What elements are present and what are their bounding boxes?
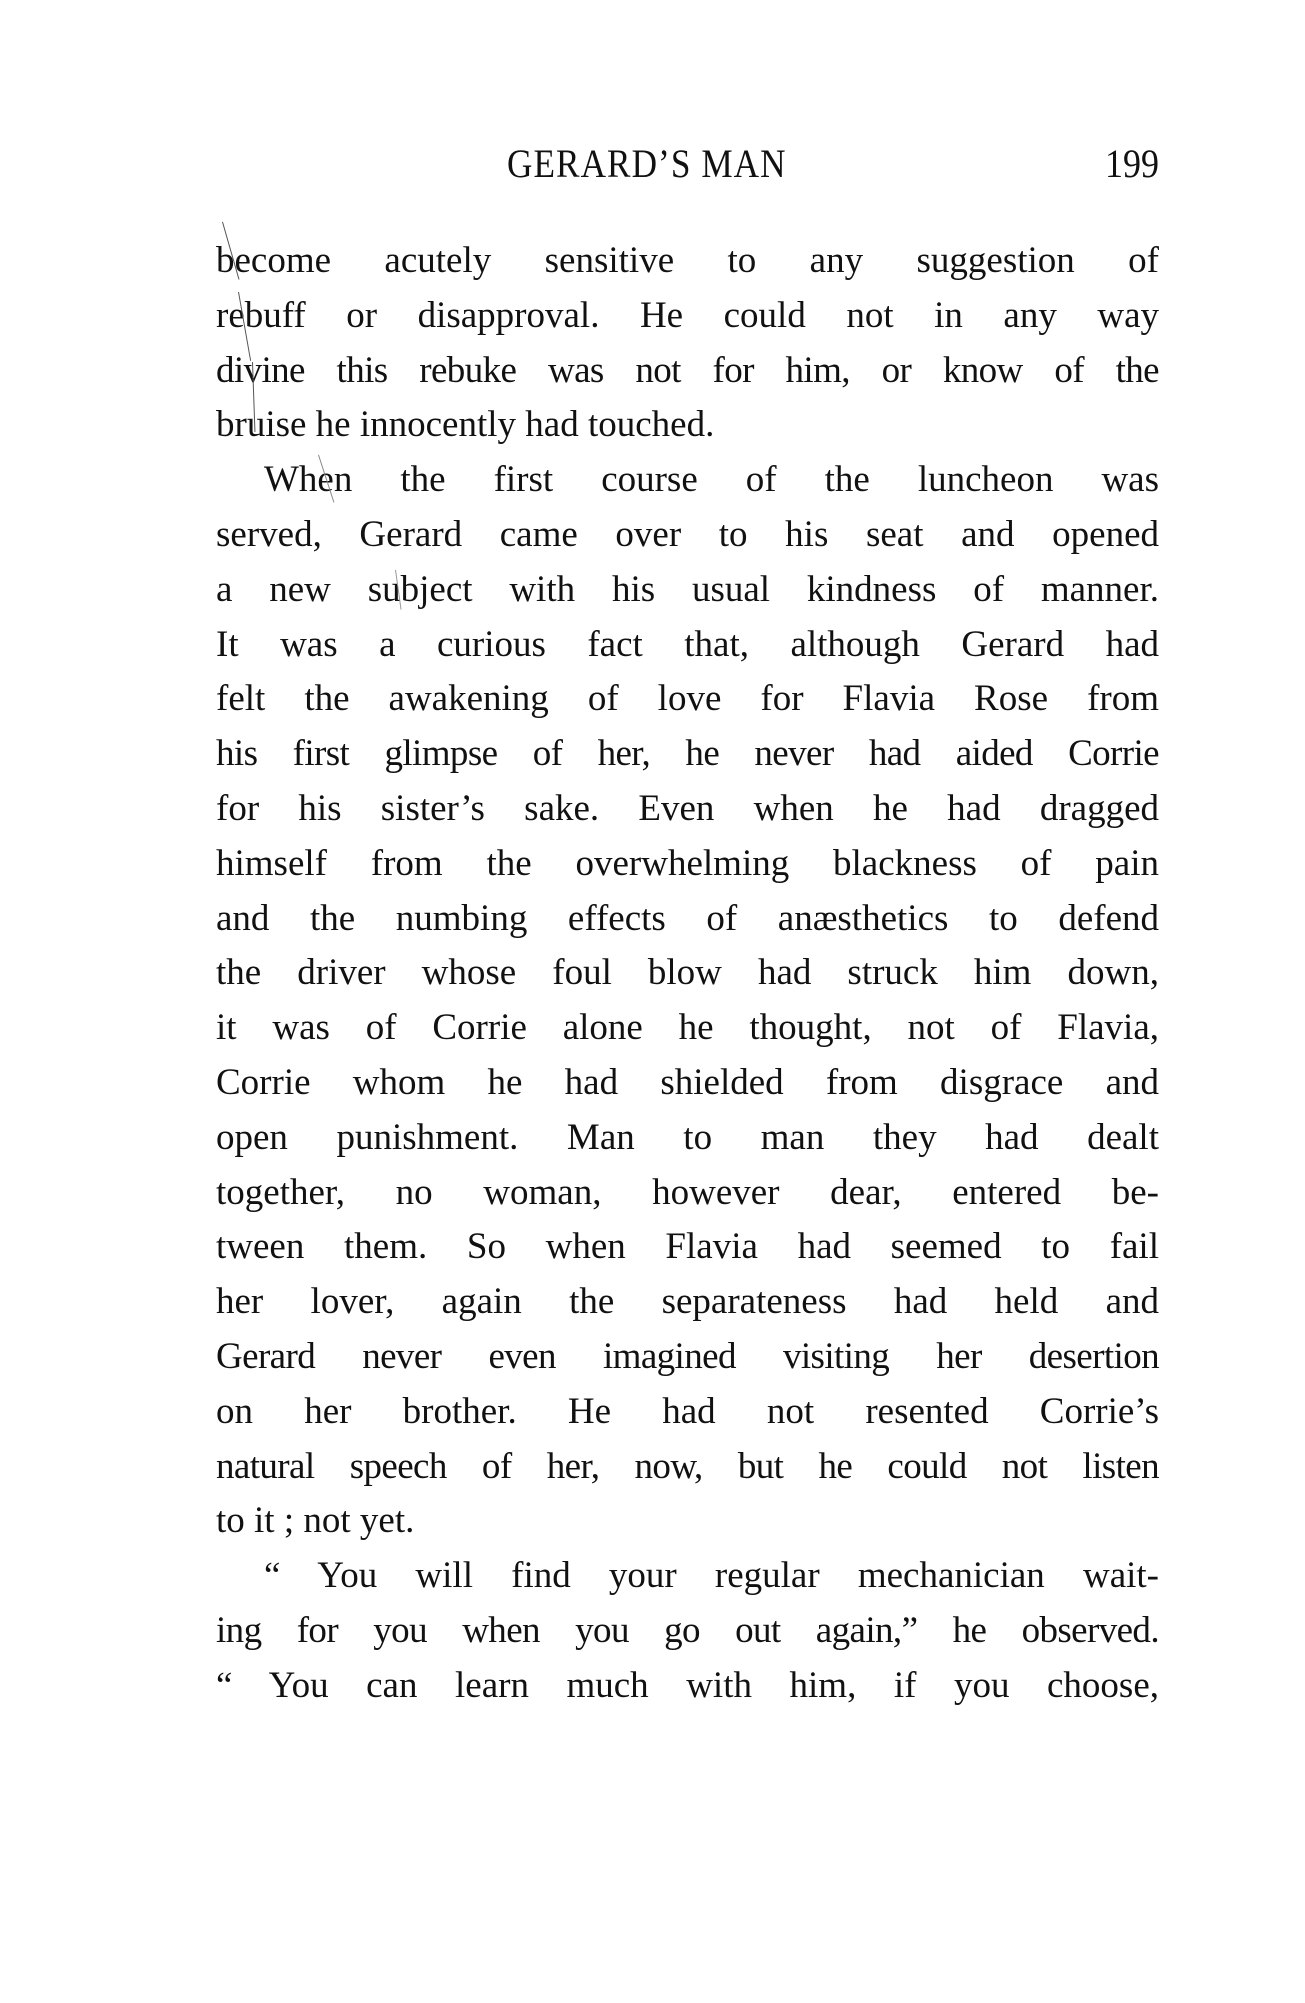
running-head: GERARD’S MAN 199 — [216, 140, 1159, 188]
text-line: Gerard never even imagined visiting her … — [216, 1330, 1159, 1385]
text-line: become acutely sensitive to any suggesti… — [216, 234, 1159, 289]
text-line: “ You will find your regular mechanician… — [216, 1549, 1159, 1604]
book-page: GERARD’S MAN 199 become acutely sensitiv… — [0, 0, 1305, 2003]
page-number: 199 — [1105, 140, 1159, 188]
text-line: It was a curious fact that, although Ger… — [216, 618, 1159, 673]
text-line: his first glimpse of her, he never had a… — [216, 727, 1159, 782]
text-line: to it ; not yet. — [216, 1494, 1159, 1549]
text-line: the driver whose foul blow had struck hi… — [216, 946, 1159, 1001]
text-line: her lover, again the separateness had he… — [216, 1275, 1159, 1330]
text-line: and the numbing effects of anæsthetics t… — [216, 892, 1159, 947]
text-line: rebuff or disapproval. He could not in a… — [216, 289, 1159, 344]
text-line: felt the awakening of love for Flavia Ro… — [216, 672, 1159, 727]
text-line: tween them. So when Flavia had seemed to… — [216, 1220, 1159, 1275]
text-line: ing for you when you go out again,” he o… — [216, 1604, 1159, 1659]
text-line: himself from the overwhelming blackness … — [216, 837, 1159, 892]
text-line: served, Gerard came over to his seat and… — [216, 508, 1159, 563]
text-line: “ You can learn much with him, if you ch… — [216, 1659, 1159, 1714]
text-line: When the first course of the luncheon wa… — [216, 453, 1159, 508]
text-line: together, no woman, however dear, entere… — [216, 1166, 1159, 1221]
running-title: GERARD’S MAN — [507, 140, 787, 188]
text-line: it was of Corrie alone he thought, not o… — [216, 1001, 1159, 1056]
body-text: become acutely sensitive to any suggesti… — [216, 234, 1159, 1714]
text-line: open punishment. Man to man they had dea… — [216, 1111, 1159, 1166]
text-line: bruise he innocently had touched. — [216, 398, 1159, 453]
text-line: natural speech of her, now, but he could… — [216, 1440, 1159, 1495]
text-line: Corrie whom he had shielded from disgrac… — [216, 1056, 1159, 1111]
text-line: divine this rebuke was not for him, or k… — [216, 344, 1159, 399]
text-line: a new subject with his usual kindness of… — [216, 563, 1159, 618]
text-line: for his sister’s sake. Even when he had … — [216, 782, 1159, 837]
text-line: on her brother. He had not resented Corr… — [216, 1385, 1159, 1440]
